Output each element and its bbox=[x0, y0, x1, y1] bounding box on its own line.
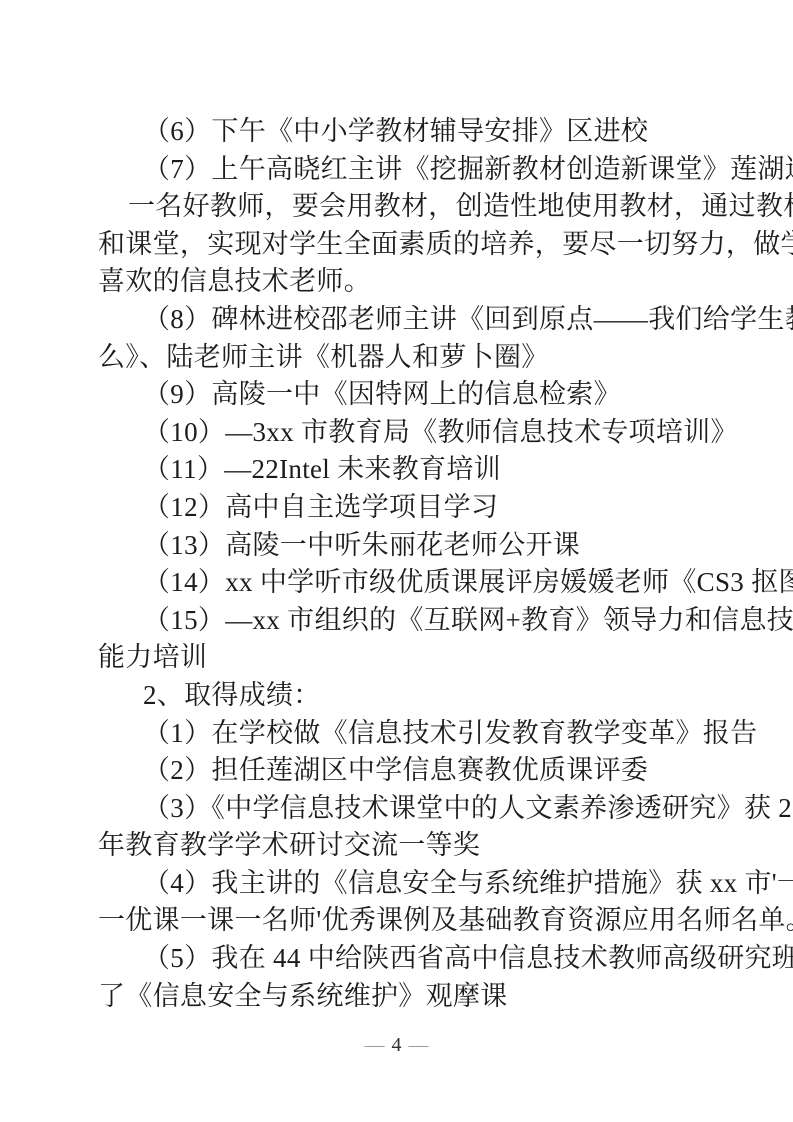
text-line: 一名好教师，要会用教材，创造性地使用教材，通过教材 bbox=[98, 188, 698, 226]
text-line: （1）在学校做《信息技术引发教育教学变革》报告 bbox=[98, 715, 698, 753]
text-line: 了《信息安全与系统维护》观摩课 bbox=[98, 978, 698, 1016]
text-line: （11）—22Intel 未来教育培训 bbox=[98, 451, 698, 489]
text-line: 年教育教学学术研讨交流一等奖 bbox=[98, 827, 698, 865]
text-line: 能力培训 bbox=[98, 639, 698, 677]
text-line: 和课堂，实现对学生全面素质的培养，要尽一切努力，做学生 bbox=[98, 226, 698, 264]
document-page: （6）下午《中小学教材辅导安排》区进校 （7）上午高晓红主讲《挖掘新教材创造新课… bbox=[0, 0, 793, 1122]
footer-dash-right: — bbox=[402, 1034, 436, 1056]
text-line: 喜欢的信息技术老师。 bbox=[98, 263, 698, 301]
text-line: （14）xx 中学听市级优质课展评房媛媛老师《CS3 抠图》 bbox=[98, 564, 698, 602]
section-heading-line: 2、取得成绩： bbox=[98, 677, 698, 715]
text-line: （10）—3xx 市教育局《教师信息技术专项培训》 bbox=[98, 414, 698, 452]
text-line: 一优课一课一名师'优秀课例及基础教育资源应用名师名单。 bbox=[98, 902, 698, 940]
footer-dash-left: — bbox=[358, 1034, 392, 1056]
text-line: （2）担任莲湖区中学信息赛教优质课评委 bbox=[98, 752, 698, 790]
page-number: 4 bbox=[392, 1034, 402, 1056]
text-line: （5）我在 44 中给陕西省高中信息技术教师高级研究班做 bbox=[98, 940, 698, 978]
text-line: 么》、陆老师主讲《机器人和萝卜圈》 bbox=[98, 339, 698, 377]
page-footer: —4— bbox=[0, 1030, 793, 1060]
text-line: （9）高陵一中《因特网上的信息检索》 bbox=[98, 376, 698, 414]
text-line: （13）高陵一中听朱丽花老师公开课 bbox=[98, 527, 698, 565]
text-line: （7）上午高晓红主讲《挖掘新教材创造新课堂》莲湖进校 bbox=[98, 151, 698, 189]
text-line: （4）我主讲的《信息安全与系统维护措施》获 xx 市'一师 bbox=[98, 865, 698, 903]
document-body: （6）下午《中小学教材辅导安排》区进校 （7）上午高晓红主讲《挖掘新教材创造新课… bbox=[98, 113, 698, 1015]
text-line: （12）高中自主选学项目学习 bbox=[98, 489, 698, 527]
text-line: （15）—xx 市组织的《互联网+教育》领导力和信息技术 bbox=[98, 602, 698, 640]
text-line: （8）碑林进校邵老师主讲《回到原点——我们给学生教什 bbox=[98, 301, 698, 339]
text-line: （6）下午《中小学教材辅导安排》区进校 bbox=[98, 113, 698, 151]
text-line: （3）《中学信息技术课堂中的人文素养渗透研究》获 20xx bbox=[98, 790, 698, 828]
